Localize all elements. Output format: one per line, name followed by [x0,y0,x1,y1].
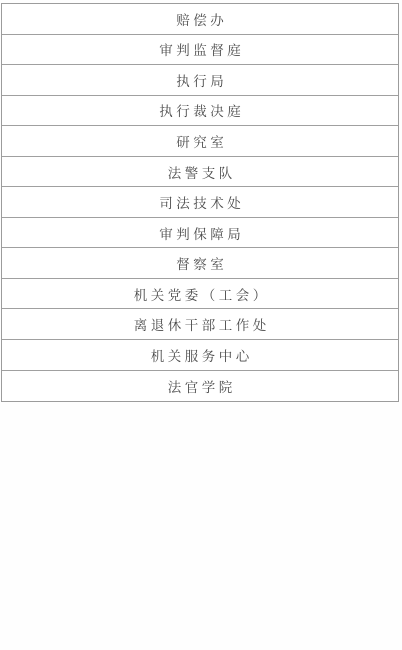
table-row: 研究室 [2,126,398,157]
table-row: 法官学院 [2,371,398,402]
table-row: 执行裁决庭 [2,96,398,127]
department-label: 法官学院 [164,376,236,396]
department-label: 机关服务中心 [147,345,253,365]
table-row: 法警支队 [2,157,398,188]
department-label: 执行局 [173,70,228,90]
table-row: 执行局 [2,65,398,96]
department-label: 研究室 [173,131,228,151]
table-row: 审判保障局 [2,218,398,249]
department-label: 法警支队 [164,162,236,182]
table-row: 审判监督庭 [2,35,398,66]
table-row: 司法技术处 [2,187,398,218]
document-page: 赔偿办 审判监督庭 执行局 执行裁决庭 研究室 法警支队 司法技术处 审判保障局… [0,0,402,650]
department-label: 机关党委（工会） [130,284,270,304]
table-row: 机关党委（工会） [2,279,398,310]
department-label: 赔偿办 [173,9,228,29]
department-label: 督察室 [173,253,228,273]
department-label: 执行裁决庭 [156,100,245,120]
table-row: 督察室 [2,248,398,279]
table-row: 赔偿办 [2,4,398,35]
department-label: 审判监督庭 [156,39,245,59]
table-row: 离退休干部工作处 [2,309,398,340]
department-table: 赔偿办 审判监督庭 执行局 执行裁决庭 研究室 法警支队 司法技术处 审判保障局… [1,3,399,402]
table-row: 机关服务中心 [2,340,398,371]
department-label: 审判保障局 [156,223,245,243]
department-label: 离退休干部工作处 [130,314,270,334]
department-label: 司法技术处 [156,192,245,212]
